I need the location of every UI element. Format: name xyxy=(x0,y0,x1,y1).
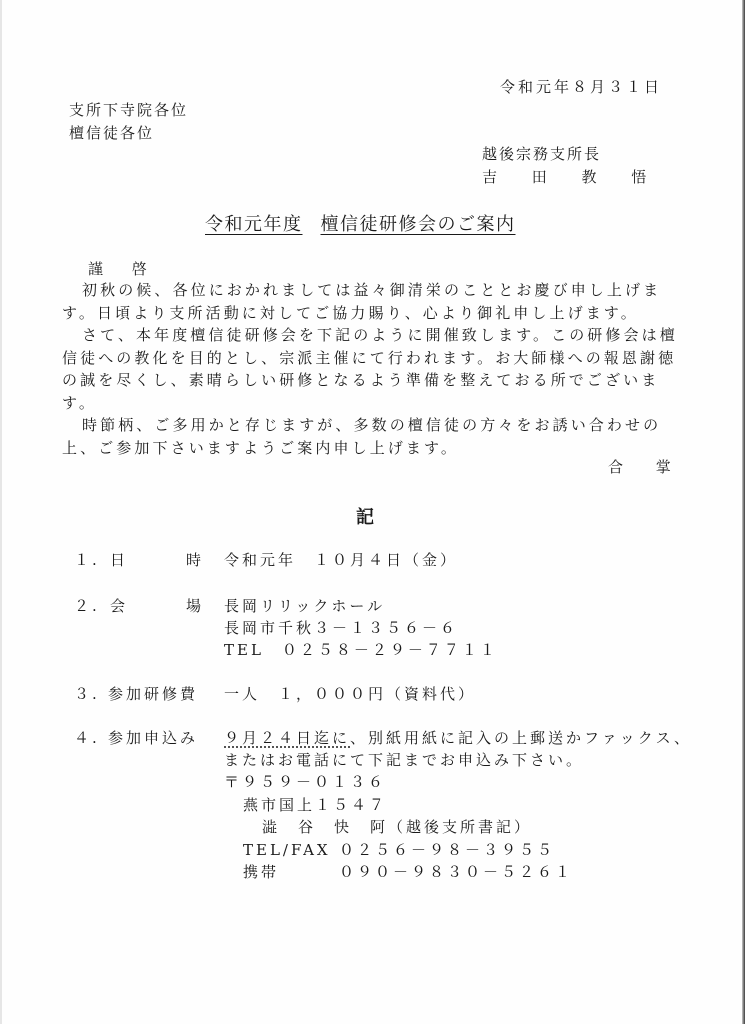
item-2-venue-name: 長岡リリックホール xyxy=(224,595,385,616)
contact-postal-code: 〒９５９－０１３６ xyxy=(224,771,386,792)
contact-address: 燕市国上１５４７ xyxy=(243,794,387,815)
application-deadline: ９月２４日迄に xyxy=(224,729,350,747)
document-title: 令和元年度檀信徒研修会のご案内 xyxy=(205,210,516,236)
document-page: 令和元年８月３１日 支所下寺院各位 檀信徒各位 越後宗務支所長 吉 田 教 悟 … xyxy=(0,0,745,1024)
item-4-label: 参加申込み xyxy=(108,727,198,748)
item-2-label-b: 場 xyxy=(186,595,204,616)
tel-fax-label: TEL/FAX xyxy=(243,841,339,859)
details-heading: 記 xyxy=(356,503,374,529)
body-paragraph-2: さて、本年度檀信徒研修会を下記のように開催致します。この研修会は檀信徒への教化を… xyxy=(62,324,692,414)
title-year: 令和元年度 xyxy=(205,214,303,235)
tel-fax-number: ０２５６－９８－３９５５ xyxy=(339,841,555,859)
item-2-venue-address: 長岡市千秋３－１３５６－６ xyxy=(224,617,458,638)
contact-tel-fax: TEL/FAX０２５６－９８－３９５５ xyxy=(243,839,555,860)
mobile-number: ０９０－９８３０－５２６１ xyxy=(339,863,573,881)
title-event: 檀信徒研修会のご案内 xyxy=(321,214,516,235)
recipient-temples: 支所下寺院各位 xyxy=(69,99,188,120)
contact-mobile: 携帯０９０－９８３０－５２６１ xyxy=(243,861,573,882)
contact-name: 澁 谷 快 阿 xyxy=(262,818,388,836)
item-3-label: 参加研修費 xyxy=(108,683,198,704)
item-3-number: ３. xyxy=(74,683,100,704)
contact-role: （越後支所書記） xyxy=(388,818,532,836)
item-1-date-value: 令和元年 １０月４日（金） xyxy=(224,549,458,570)
item-4-application-line-2: またはお電話にて下記までお申込み下さい。 xyxy=(224,749,584,770)
sender-name: 吉 田 教 悟 xyxy=(482,166,661,187)
item-4-application-line-1: ９月２４日迄に、別紙用紙に記入の上郵送かファックス、 xyxy=(224,727,692,748)
opening-salutation: 謹 啓 xyxy=(88,258,159,279)
body-paragraph-1: 初秋の候、各位におかれましては益々御清栄のこととお慶び申し上げます。日頃より支所… xyxy=(62,279,692,324)
recipient-parishioners: 檀信徒各位 xyxy=(69,122,154,143)
scan-edge-left xyxy=(0,0,2,1024)
item-3-fee-value: 一人 １，０００円（資料代） xyxy=(224,683,476,704)
item-2-label-a: 会 xyxy=(110,595,128,616)
item-4-number: ４. xyxy=(74,727,100,748)
item-1-number: １. xyxy=(74,549,100,570)
item-1-label-a: 日 xyxy=(110,549,128,570)
mobile-label: 携帯 xyxy=(243,861,339,882)
contact-person: 澁 谷 快 阿（越後支所書記） xyxy=(262,816,532,837)
document-date: 令和元年８月３１日 xyxy=(500,76,662,97)
closing-salutation: 合 掌 xyxy=(608,456,685,477)
sender-office: 越後宗務支所長 xyxy=(482,143,601,164)
item-1-label-b: 時 xyxy=(186,549,204,570)
item-2-venue-phone: TEL ０２５８－２９－７７１１ xyxy=(224,639,498,660)
body-paragraph-3: 時節柄、ご多用かと存じますが、多数の檀信徒の方々をお誘い合わせの上、ご参加下さい… xyxy=(62,414,692,459)
item-2-number: ２. xyxy=(74,595,100,616)
